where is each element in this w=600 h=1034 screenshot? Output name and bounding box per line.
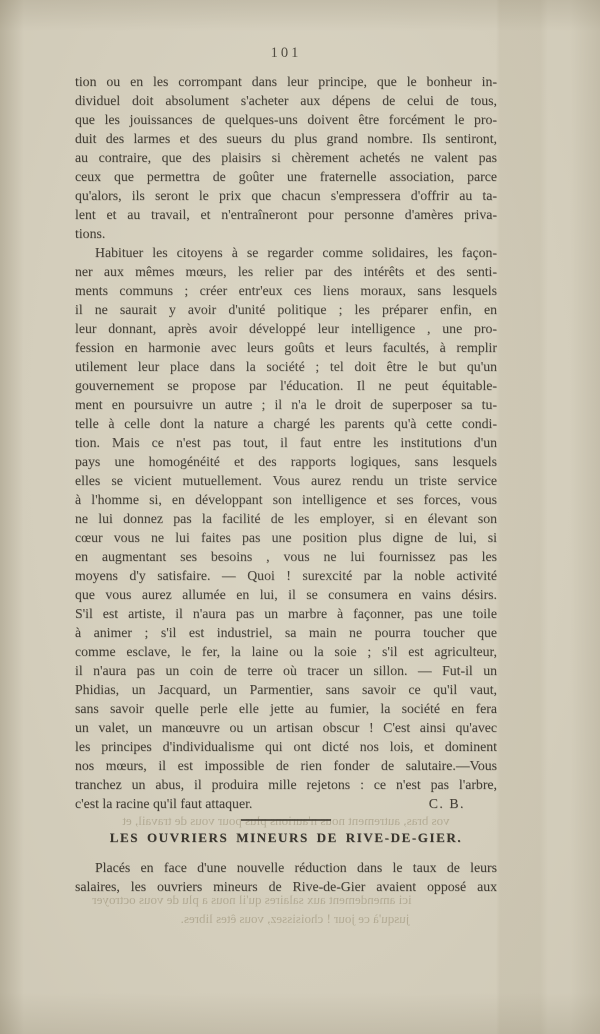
bleedthrough-line: jusqu'à ce jour ! choisissez, vous êtes … — [150, 910, 440, 927]
text-line: ceux que permettra de goûter une fratern… — [75, 167, 497, 186]
text-line: pays une homogénéité et des rapports log… — [75, 452, 497, 471]
text-line: ner aux mêmes mœurs, les relier par des … — [75, 262, 497, 281]
section-divider — [241, 819, 331, 821]
text-line: tions. — [75, 224, 497, 243]
text-line: Phidias, un Jacquard, un Parmentier, san… — [75, 680, 497, 699]
text-line: dividuel doit absolument s'acheter aux d… — [75, 91, 497, 110]
text-line: que vous aurez allumée en lui, il se con… — [75, 585, 497, 604]
text-line: telle à celle dont la nature a chargé le… — [75, 414, 497, 433]
paragraph-miners: Placés en face d'une nouvelle réduction … — [75, 858, 497, 896]
text-line: que les jouissances de quelques-uns doiv… — [75, 110, 497, 129]
text-line: duit des larmes et des sueurs du plus gr… — [75, 129, 497, 148]
paragraph-education: Habituer les citoyens à se regarder comm… — [75, 243, 497, 813]
page-number: 101 — [75, 45, 497, 62]
text-line: Habituer les citoyens à se regarder comm… — [75, 243, 497, 262]
text-line-fragment: c'est la racine qu'il faut attaquer. — [75, 794, 252, 813]
text-line: elles se vicient mutuellement. Vous aure… — [75, 471, 497, 490]
text-line: S'il est artiste, il n'aura pas un marbr… — [75, 604, 497, 623]
author-initials: C. B. — [429, 794, 465, 813]
text-line: ne lui donnez pas la facilité de les emp… — [75, 509, 497, 528]
text-line: tion ou en les corrompant dans leur prin… — [75, 72, 497, 91]
text-line: gouvernement se propose par l'éducation.… — [75, 376, 497, 395]
text-line: nos mœurs, il est impossible de rien fon… — [75, 756, 497, 775]
text-line: fession en harmonie avec leurs goûts et … — [75, 338, 497, 357]
text-line: à l'homme si, en développant son intelli… — [75, 490, 497, 509]
text-line: qu'alors, ils seront le prix que chacun … — [75, 186, 497, 205]
text-line: un valet, un manœuvre ou un artisan obsc… — [75, 718, 497, 737]
text-line: les principes d'individualisme qui ont d… — [75, 737, 497, 756]
text-line: ment en poursuivre un autre ; il n'a le … — [75, 395, 497, 414]
text-line: utilement leur place dans la société ; t… — [75, 357, 497, 376]
text-line: Placés en face d'une nouvelle réduction … — [75, 858, 497, 877]
text-line: comme esclave, le fer, la laine ou la so… — [75, 642, 497, 661]
text-line: il ne saurait y avoir d'unité politique … — [75, 300, 497, 319]
text-line: à animer ; s'il est industriel, sa main … — [75, 623, 497, 642]
section-heading: LES OUVRIERS MINEURS DE RIVE-DE-GIER. — [75, 830, 497, 846]
text-line: en augmentant ses besoins , vous ne lui … — [75, 547, 497, 566]
text-line: salaires, les ouvriers mineurs de Rive-d… — [75, 877, 497, 896]
book-page-scan: 101 tion ou en les corrompant dans leur … — [0, 0, 600, 1034]
text-line: tion. Mais ce n'est pas tout, il faut en… — [75, 433, 497, 452]
text-line: lent et au travail, et n'entraîneront po… — [75, 205, 497, 224]
text-line: moyens d'y satisfaire. — Quoi ! surexcit… — [75, 566, 497, 585]
text-line: au contraire, que des plaisirs si chèrem… — [75, 148, 497, 167]
text-line: ments communs ; créer entr'eux ces liens… — [75, 281, 497, 300]
text-line: leur donnant, après avoir développé leur… — [75, 319, 497, 338]
text-line: il n'aura pas un coin de terre où tracer… — [75, 661, 497, 680]
text-line: sans savoir quelle perle elle jette au f… — [75, 699, 497, 718]
text-line: c'est la racine qu'il faut attaquer.C. B… — [75, 794, 497, 813]
text-line: tranchez un abus, il produira mille reje… — [75, 775, 497, 794]
paragraph-continuation: tion ou en les corrompant dans leur prin… — [75, 72, 497, 243]
text-block: tion ou en les corrompant dans leur prin… — [75, 72, 497, 896]
text-line: cœur vous ne lui faites pas une position… — [75, 528, 497, 547]
